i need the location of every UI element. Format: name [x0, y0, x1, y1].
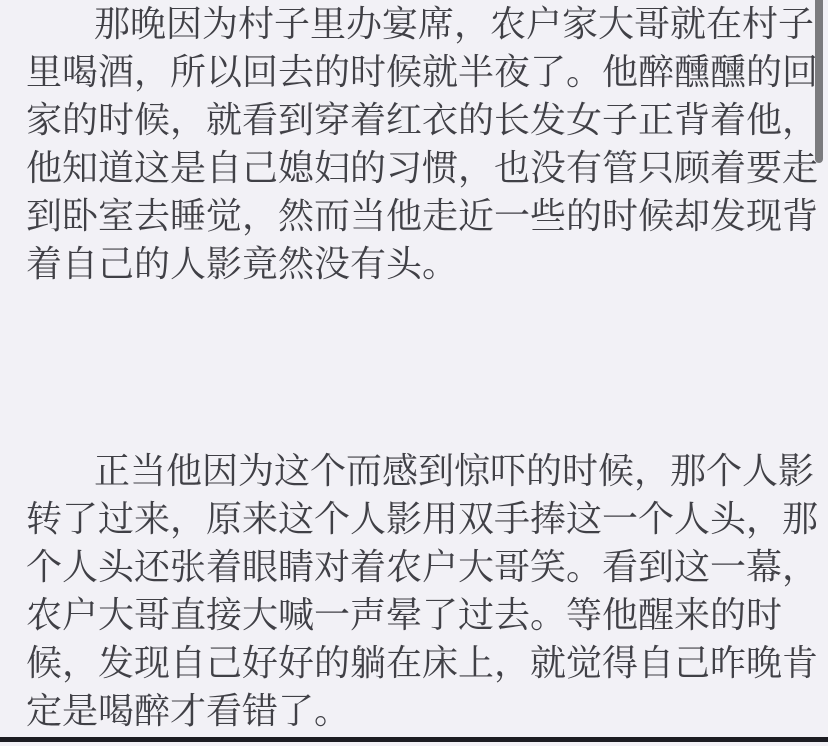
story-paragraph-1: 那晚因为村子里办宴席，农户家大哥就在村子 里喝酒，所以回去的时候就半夜了。他醉醺…: [26, 0, 820, 288]
text-line: 里喝酒，所以回去的时候就半夜了。他醉醺醺的回: [26, 48, 820, 96]
text-line: 家的时候，就看到穿着红衣的长发女子正背着他，: [26, 96, 820, 144]
text-line: 转了过来，原来这个人影用双手捧这一个人头，那: [26, 495, 820, 543]
text-line: 个人头还张着眼睛对着农户大哥笑。看到这一幕，: [26, 543, 820, 591]
text-line: 他知道这是自己媳妇的习惯，也没有管只顾着要走: [26, 144, 820, 192]
story-paragraph-2: 正当他因为这个而感到惊吓的时候，那个人影 转了过来，原来这个人影用双手捧这一个人…: [26, 447, 820, 735]
text-line: 着自己的人影竟然没有头。: [26, 240, 820, 288]
text-line: 定是喝醉才看错了。: [26, 687, 820, 735]
scrollbar-thumb[interactable]: [815, 0, 823, 163]
reader-page: 那晚因为村子里办宴席，农户家大哥就在村子 里喝酒，所以回去的时候就半夜了。他醉醺…: [0, 0, 828, 746]
text-line: 那晚因为村子里办宴席，农户家大哥就在村子: [26, 0, 820, 48]
text-line: 到卧室去睡觉，然而当他走近一些的时候却发现背: [26, 192, 820, 240]
text-line: 候，发现自己好好的躺在床上，就觉得自己昨晚肯: [26, 639, 820, 687]
text-line: 农户大哥直接大喊一声晕了过去。等他醒来的时: [26, 591, 820, 639]
story-text-area: 那晚因为村子里办宴席，农户家大哥就在村子 里喝酒，所以回去的时候就半夜了。他醉醺…: [0, 0, 828, 735]
text-line: 正当他因为这个而感到惊吓的时候，那个人影: [26, 447, 820, 495]
bottom-divider-bar: [0, 737, 828, 742]
